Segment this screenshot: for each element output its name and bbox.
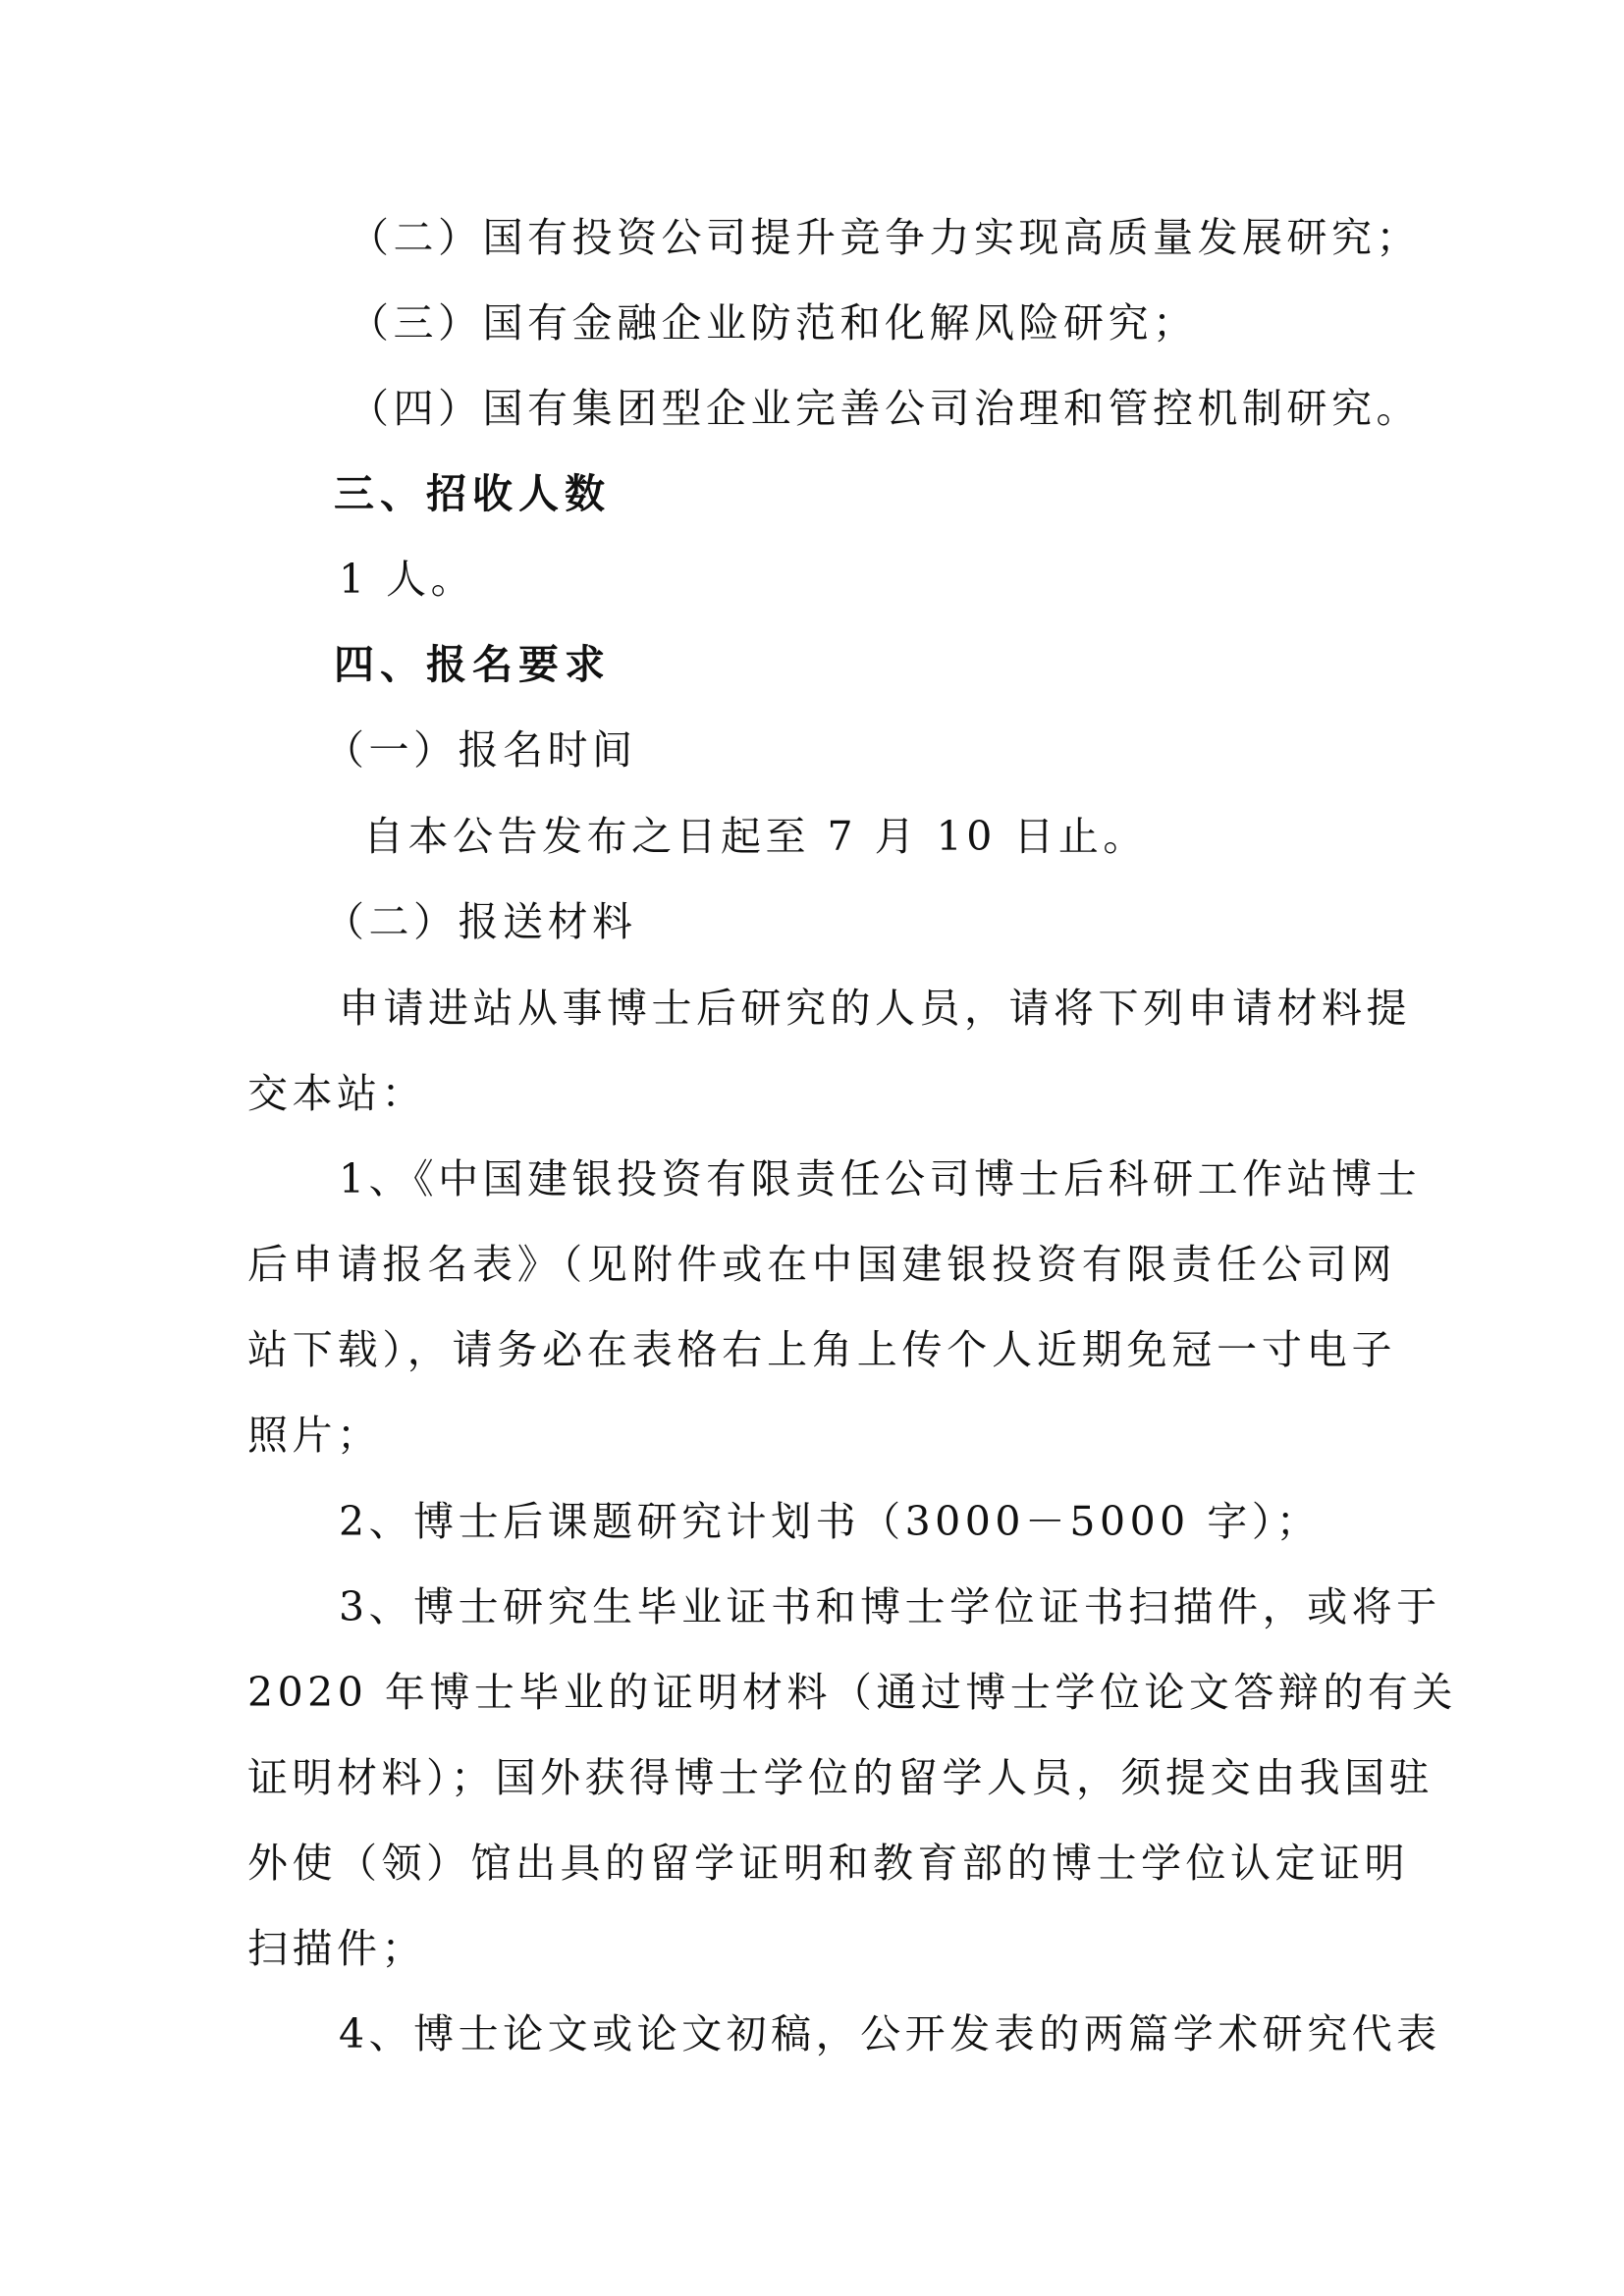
materials-intro-line-2: 交本站：	[247, 1064, 1396, 1123]
section-heading-enrollment: 三、招收人数	[334, 464, 1483, 523]
materials-intro-line-1: 申请进站从事博士后研究的人员，请将下列申请材料提	[339, 979, 1396, 1038]
material-item-3-line-4: 外使（领）馆出具的留学证明和教育部的博士学位认定证明	[247, 1834, 1396, 1893]
material-item-2: 2、博士后课题研究计划书（3000－5000 字）；	[339, 1492, 1396, 1551]
material-item-1-line-1: 1、《中国建银投资有限责任公司博士后科研工作站博士	[339, 1149, 1396, 1208]
research-topic-2: （二）国有投资公司提升竞争力实现高质量发展研究；	[349, 208, 1396, 267]
subsection-heading-registration-time: （一）报名时间	[324, 721, 1396, 779]
research-topic-4: （四）国有集团型企业完善公司治理和管控机制研究。	[349, 379, 1396, 438]
subsection-heading-materials: （二）报送材料	[324, 892, 1396, 951]
section-heading-requirements: 四、报名要求	[334, 635, 1483, 694]
material-item-1-line-3: 站下载），请务必在表格右上角上传个人近期免冠一寸电子	[247, 1320, 1396, 1379]
registration-deadline: 自本公告发布之日起至 7 月 10 日止。	[363, 807, 1512, 866]
enrollment-count: 1 人。	[339, 550, 1396, 609]
material-item-4-line-1: 4、博士论文或论文初稿，公开发表的两篇学术研究代表	[339, 2004, 1396, 2063]
material-item-3-line-2: 2020 年博士毕业的证明材料（通过博士学位论文答辩的有关	[247, 1663, 1396, 1722]
material-item-3-line-5: 扫描件；	[247, 1919, 1396, 1978]
research-topic-3: （三）国有金融企业防范和化解风险研究；	[349, 294, 1396, 352]
material-item-1-line-4: 照片；	[247, 1406, 1396, 1465]
material-item-1-line-2: 后申请报名表》（见附件或在中国建银投资有限责任公司网	[247, 1235, 1396, 1294]
document-page: （二）国有投资公司提升竞争力实现高质量发展研究； （三）国有金融企业防范和化解风…	[0, 0, 1624, 2296]
material-item-3-line-3: 证明材料）；国外获得博士学位的留学人员，须提交由我国驻	[247, 1748, 1396, 1807]
material-item-3-line-1: 3、博士研究生毕业证书和博士学位证书扫描件，或将于	[339, 1577, 1396, 1636]
